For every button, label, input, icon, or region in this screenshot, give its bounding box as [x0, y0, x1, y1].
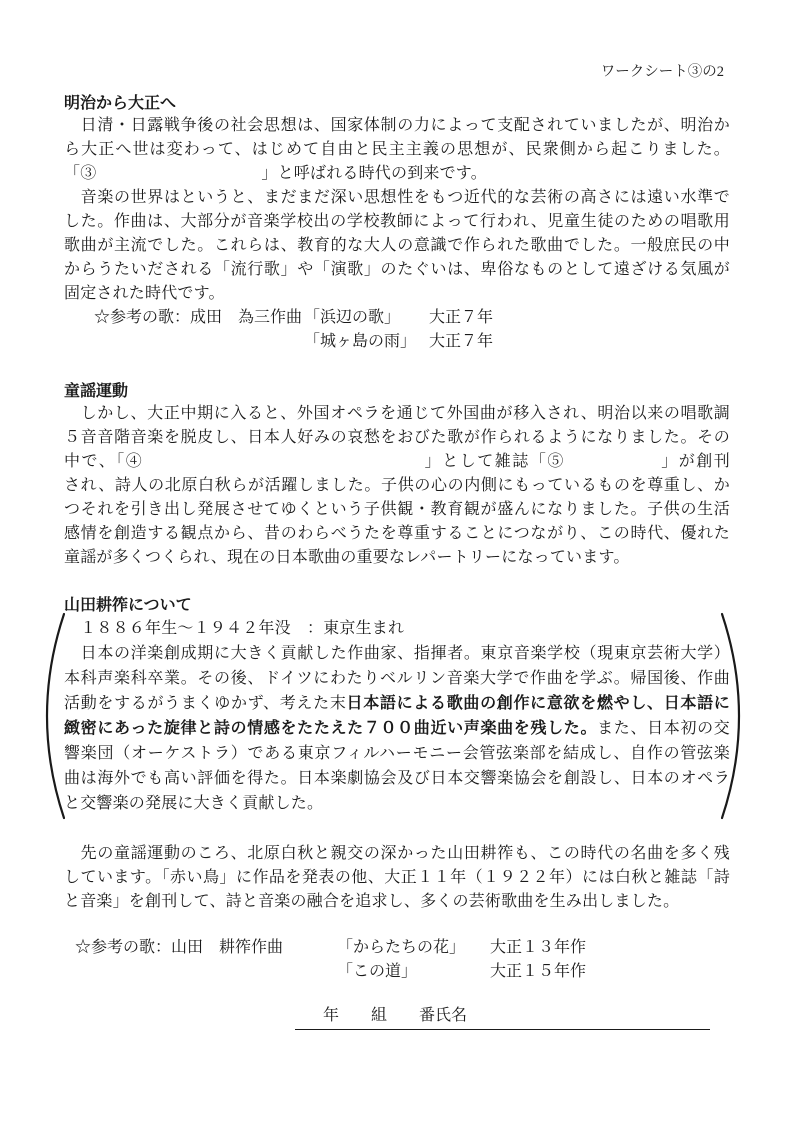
reference-song-row: 「この道」大正１５年作: [337, 960, 730, 984]
worksheet-page: ワークシート③の2 明治から大正へ 日清・日露戦争後の社会思想は、国家体制の力に…: [0, 0, 794, 1123]
text-line: 曲は海外でも高い評価を得た。日本楽劇協会及び日本交響楽協会を創設し、日本のオペラ: [64, 766, 730, 791]
text-run: 固定された時代です。: [64, 285, 225, 302]
song-title: 「浜辺の歌」: [304, 306, 429, 330]
text-run: 歌曲が主流でした。これらは、教育的な大人の意識で作られた歌曲でした。一般庶民の中: [64, 237, 730, 254]
text-line: と交響楽の発展に大きく貢献した。: [64, 791, 730, 816]
reference-heading: ☆参考の歌：山田 耕筰作曲: [75, 936, 337, 960]
song-year: 大正７年: [429, 309, 493, 326]
student-name-entry-line[interactable]: 年 組 番氏名: [295, 1006, 710, 1030]
text-run: つそれを引き出し発展させてゆくという子供観・教育観が盛んになりました。子供の生活: [64, 501, 730, 518]
text-line: 音楽の世界はというと、まだまだ深い思想性をもつ近代的な芸術の高さには遠い水準で: [64, 186, 730, 210]
text-line: 響楽団（オーケストラ）である東京フィルハーモニー会管弦楽部を結成し、自作の管弦楽: [64, 741, 730, 766]
text-run: しています。「赤い鳥」に作品を発表の他、大正１１年（１９２２年）には白秋と雑誌「…: [64, 869, 730, 886]
text-line: しかし、大正中期に入ると、外国オペラを通じて外国曲が移入され、明治以来の唱歌調: [64, 402, 730, 426]
text-run: しかし、大正中期に入ると、外国オペラを通じて外国曲が移入され、明治以来の唱歌調: [64, 405, 730, 422]
text-run: ら大正へ世は変わって、はじめて自由と民主主義の思想が、民衆側から起こりました。: [64, 141, 730, 158]
text-line: 「③」と呼ばれる時代の到来です。: [64, 162, 730, 186]
text-line: 緻密にあった旋律と詩の情感をたたえた７００曲近い声楽曲を残した。また、日本初の交: [64, 716, 730, 741]
text-run: 音楽の世界はというと、まだまだ深い思想性をもつ近代的な芸術の高さには遠い水準で: [64, 189, 730, 206]
yamada-profile-box: １８８６年生～１９４２年没 ：東京生まれ 日本の洋楽創成期に大きく貢献した作曲家…: [64, 616, 730, 816]
reference-song-row: 「浜辺の歌」大正７年: [304, 306, 730, 330]
text-run: 「③: [64, 165, 96, 182]
text-run: 日本の洋楽創成期に大きく貢献した作曲家、指揮者。東京音楽学校（現東京芸術大学）: [64, 645, 730, 662]
text-line: 童謡が多くつくられ、現在の日本歌曲の重要なレパートリーになっています。: [64, 546, 730, 570]
worksheet-number-label: ワークシート③の2: [64, 60, 730, 80]
song-title: 「からたちの花」: [337, 936, 490, 960]
text-run: 童謡が多くつくられ、現在の日本歌曲の重要なレパートリーになっています。: [64, 549, 630, 566]
left-parenthesis-bracket: [43, 611, 65, 821]
section-title-meiji-to-taisho: 明治から大正へ: [64, 94, 730, 114]
answer-blank[interactable]: [565, 465, 660, 466]
text-run: 」と呼ばれる時代の到来です。: [261, 165, 487, 182]
text-run: 感情を創造する観点から、昔のわらべうたを尊重することにつながり、この時代、優れた: [64, 525, 730, 542]
reference-songs-yamada: ☆参考の歌：山田 耕筰作曲 「からたちの花」大正１３年作「この道」大正１５年作: [64, 936, 730, 984]
text-run: １８８６年生～１９４２年没 ：東京生まれ: [64, 620, 404, 637]
text-line: 感情を創造する観点から、昔のわらべうたを尊重することにつながり、この時代、優れた: [64, 522, 730, 546]
reference-song-row: 「からたちの花」大正１３年作: [337, 936, 730, 960]
meiji-paragraph: 日清・日露戦争後の社会思想は、国家体制の力によって支配されていましたが、明治から…: [64, 114, 730, 306]
yamada-profile-text: １８８６年生～１９４２年没 ：東京生まれ 日本の洋楽創成期に大きく貢献した作曲家…: [64, 616, 730, 816]
text-line: と音楽」を創刊して、詩と音楽の融合を追求し、多くの芸術歌曲を生み出しました。: [64, 890, 730, 914]
yamada-closing-paragraph: 先の童謡運動のころ、北原白秋と親交の深かった山田耕筰も、この時代の名曲を多く残し…: [64, 842, 730, 914]
right-parenthesis-bracket: [721, 611, 743, 821]
reference-heading: ☆参考の歌：成田 為三作曲: [94, 306, 304, 330]
text-run: 日清・日露戦争後の社会思想は、国家体制の力によって支配されていましたが、明治か: [64, 117, 730, 134]
text-line: １８８６年生～１９４２年没 ：東京生まれ: [64, 616, 730, 641]
text-line: 中で、「④」として雑誌「⑤」が創刊: [64, 450, 730, 474]
text-run: 日本語による歌曲の創作に意欲を燃やし、日本語に: [347, 695, 730, 712]
text-line: つそれを引き出し発展させてゆくという子供観・教育観が盛んになりました。子供の生活: [64, 498, 730, 522]
text-run: 活動をするがうまくゆかず、考えた末: [64, 695, 347, 712]
text-line: ５音音階音楽を脱皮し、日本人好みの哀愁をおびた歌が作られるようになりました。その: [64, 426, 730, 450]
text-line: ら大正へ世は変わって、はじめて自由と民主主義の思想が、民衆側から起こりました。: [64, 138, 730, 162]
text-line: され、詩人の北原白秋らが活躍しました。子供の心の内側にもっているものを尊重し、か: [64, 474, 730, 498]
text-run: 中で、「④: [64, 453, 143, 470]
doyo-paragraph: しかし、大正中期に入ると、外国オペラを通じて外国曲が移入され、明治以来の唱歌調５…: [64, 402, 730, 570]
text-line: した。作曲は、大部分が音楽学校出の学校教師によって行われ、児童生徒のための唱歌用: [64, 210, 730, 234]
section-title-doyo-undo: 童謡運動: [64, 382, 730, 402]
text-run: 響楽団（オーケストラ）である東京フィルハーモニー会管弦楽部を結成し、自作の管弦楽: [64, 745, 730, 762]
text-line: 歌曲が主流でした。これらは、教育的な大人の意識で作られた歌曲でした。一般庶民の中: [64, 234, 730, 258]
text-run: 先の童謡運動のころ、北原白秋と親交の深かった山田耕筰も、この時代の名曲を多く残: [64, 845, 730, 862]
text-run: 曲は海外でも高い評価を得た。日本楽劇協会及び日本交響楽協会を創設し、日本のオペラ: [64, 770, 730, 787]
song-title: 「城ヶ島の雨」: [304, 330, 429, 354]
text-line: 活動をするがうまくゆかず、考えた末日本語による歌曲の創作に意欲を燃やし、日本語に: [64, 691, 730, 716]
text-run: 」として雑誌「⑤: [423, 453, 565, 470]
song-year: 大正１３年作: [490, 939, 586, 956]
text-line: 本科声楽科卒業。その後、ドイツにわたりベルリン音楽大学で作曲を学ぶ。帰国後、作曲: [64, 666, 730, 691]
text-run: 」が創刊: [660, 453, 730, 470]
answer-blank[interactable]: [96, 177, 261, 178]
text-line: 固定された時代です。: [64, 282, 730, 306]
text-run: からうたいだされる「流行歌」や「演歌」のたぐいは、卑俗なものとして遠ざける気風が: [64, 261, 730, 278]
song-title: 「この道」: [337, 960, 490, 984]
text-line: 日本の洋楽創成期に大きく貢献した作曲家、指揮者。東京音楽学校（現東京芸術大学）: [64, 641, 730, 666]
section-title-yamada-kosaku: 山田耕筰について: [64, 596, 730, 616]
reference-rows: 「からたちの花」大正１３年作「この道」大正１５年作: [337, 936, 730, 984]
song-year: 大正１５年作: [490, 963, 586, 980]
text-run: 本科声楽科卒業。その後、ドイツにわたりベルリン音楽大学で作曲を学ぶ。帰国後、作曲: [64, 670, 730, 687]
reference-song-row: 「城ヶ島の雨」大正７年: [304, 330, 730, 354]
answer-blank[interactable]: [143, 465, 423, 466]
text-line: 日清・日露戦争後の社会思想は、国家体制の力によって支配されていましたが、明治か: [64, 114, 730, 138]
text-run: した。作曲は、大部分が音楽学校出の学校教師によって行われ、児童生徒のための唱歌用: [64, 213, 730, 230]
text-run: され、詩人の北原白秋らが活躍しました。子供の心の内側にもっているものを尊重し、か: [64, 477, 730, 494]
text-line: しています。「赤い鳥」に作品を発表の他、大正１１年（１９２２年）には白秋と雑誌「…: [64, 866, 730, 890]
text-run: と交響楽の発展に大きく貢献した。: [64, 795, 323, 812]
song-year: 大正７年: [429, 333, 493, 350]
text-line: からうたいだされる「流行歌」や「演歌」のたぐいは、卑俗なものとして遠ざける気風が: [64, 258, 730, 282]
reference-rows: 「浜辺の歌」大正７年「城ヶ島の雨」大正７年: [304, 306, 730, 354]
reference-songs-narita: ☆参考の歌：成田 為三作曲 「浜辺の歌」大正７年「城ヶ島の雨」大正７年: [64, 306, 730, 354]
text-run: また、日本初の交: [597, 720, 730, 737]
text-run: ５音音階音楽を脱皮し、日本人好みの哀愁をおびた歌が作られるようになりました。その: [64, 429, 730, 446]
text-run: 緻密にあった旋律と詩の情感をたたえた７００曲近い声楽曲を残した。: [64, 720, 597, 737]
text-line: 先の童謡運動のころ、北原白秋と親交の深かった山田耕筰も、この時代の名曲を多く残: [64, 842, 730, 866]
text-run: と音楽」を創刊して、詩と音楽の融合を追求し、多くの芸術歌曲を生み出しました。: [64, 893, 679, 910]
